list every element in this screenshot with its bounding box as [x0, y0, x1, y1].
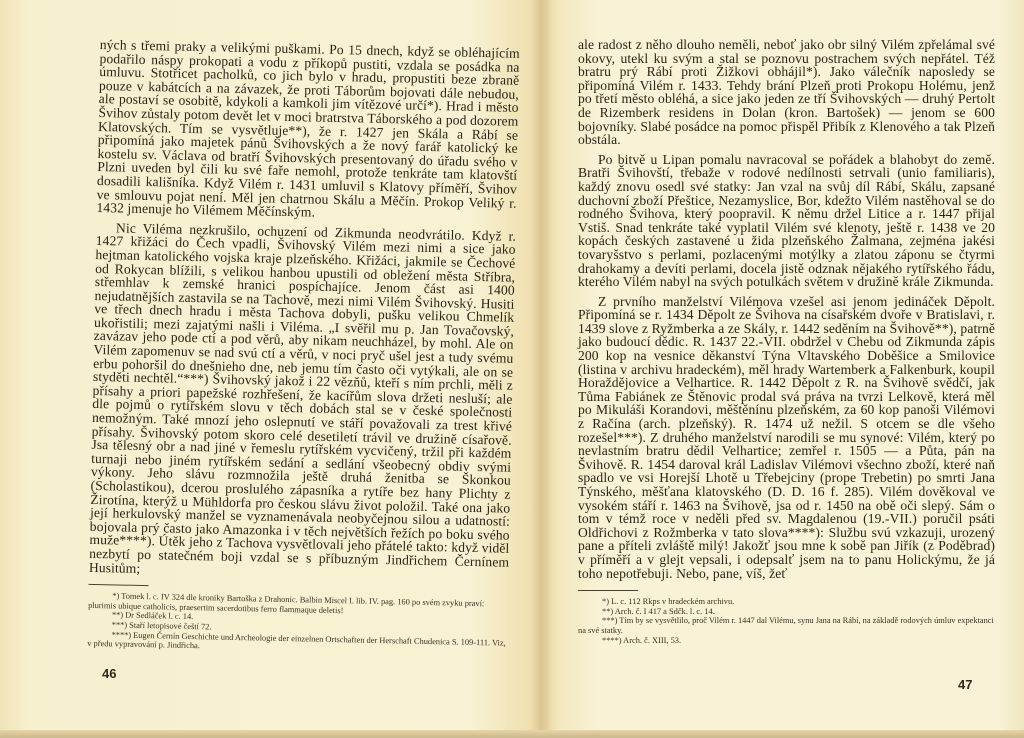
paragraph: Z prvního manželství Vilémova vzešel asi… — [578, 295, 995, 580]
footnote: ****) Arch. č. XIII, 53. — [578, 636, 995, 646]
right-page: ale radost z něho dlouho neměli, neboť j… — [578, 38, 995, 645]
left-page-body: ných s třemi praky a velikými puškami. P… — [87, 38, 520, 657]
paragraph: ných s třemi praky a velikými puškami. P… — [96, 38, 520, 223]
footnote: ***) Tím by se vysvětlilo, proč Vilém r.… — [578, 616, 995, 635]
footnote: **) Arch. č. I 417 a Sdčk. l. c. 14. — [578, 607, 995, 617]
page-number-right: 47 — [958, 677, 972, 692]
right-page-body: ale radost z něho dlouho neměli, neboť j… — [578, 38, 995, 645]
page-number-left: 46 — [102, 666, 116, 681]
right-footnotes: *) L. c. 112 Rkps v hradeckém archivu. *… — [578, 597, 995, 645]
left-page: ných s třemi praky a velikými puškami. P… — [100, 38, 520, 649]
footnote-rule — [89, 584, 149, 586]
paragraph: Po bitvě u Lipan pomalu navracoval se po… — [578, 153, 995, 289]
footnote-rule — [578, 590, 638, 591]
paragraph: ale radost z něho dlouho neměli, neboť j… — [578, 38, 995, 147]
book-gutter — [530, 0, 552, 738]
page-bottom-edge — [0, 730, 1024, 738]
footnote: *) L. c. 112 Rkps v hradeckém archivu. — [578, 597, 995, 607]
left-footnotes: *) Tomek l. c. IV 324 dle kroniky Bartoš… — [87, 591, 508, 657]
paragraph: Nic Viléma nezkrušilo, ochuzení od Zikmu… — [89, 221, 516, 583]
